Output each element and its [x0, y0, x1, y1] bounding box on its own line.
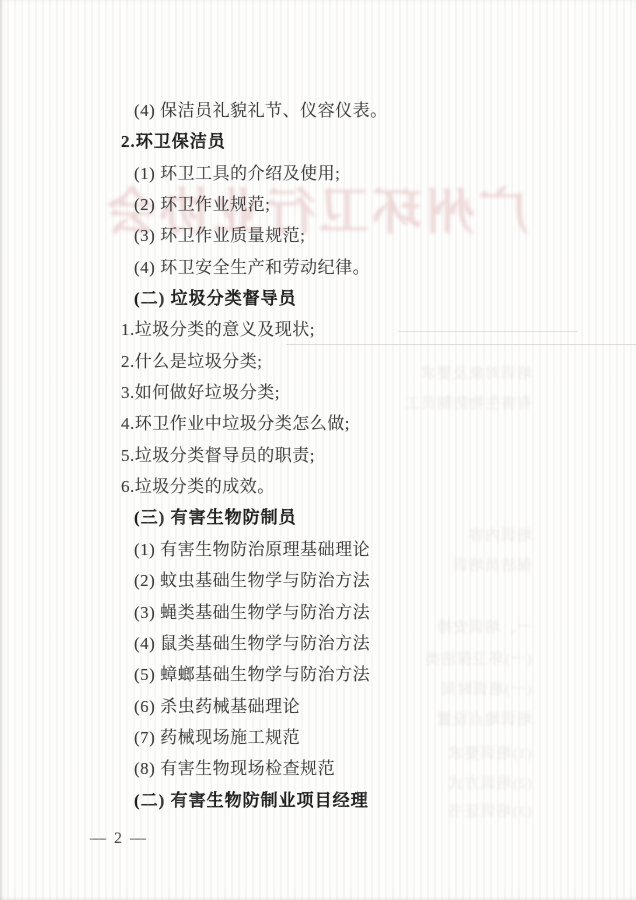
list-item: (5) 蟑螂基础生物学与防治方法	[0, 659, 636, 690]
list-item: (4) 鼠类基础生物学与防治方法	[0, 628, 636, 659]
list-item: (3) 蝇类基础生物学与防治方法	[0, 597, 636, 628]
document-lines: (4) 保洁员礼貌礼节、仪容仪表。2.环卫保洁员(1) 环卫工具的介绍及使用;(…	[0, 95, 636, 816]
list-item: 3.如何做好垃圾分类;	[0, 377, 636, 408]
list-item: (8) 有害生物现场检查规范	[0, 753, 636, 784]
list-item: 2.什么是垃圾分类;	[0, 346, 636, 377]
list-item: (2) 蚊虫基础生物学与防治方法	[0, 565, 636, 596]
list-item: (4) 保洁员礼貌礼节、仪容仪表。	[0, 95, 636, 126]
list-item: (1) 有害生物防治原理基础理论	[0, 534, 636, 565]
list-item: 5.垃圾分类督导员的职责;	[0, 440, 636, 471]
page-number: — 2 —	[90, 830, 148, 848]
list-item: (1) 环卫工具的介绍及使用;	[0, 158, 636, 189]
list-item: 1.垃圾分类的意义及现状;	[0, 314, 636, 345]
list-item: 6.垃圾分类的成效。	[0, 471, 636, 502]
list-item: (3) 环卫作业质量规范;	[0, 220, 636, 251]
list-item: (7) 药械现场施工规范	[0, 722, 636, 753]
list-item: (4) 环卫安全生产和劳动纪律。	[0, 252, 636, 283]
scanned-document-page: 广州环卫行业协会 培训对象及要求有害生物防制员工培训内容保洁员培训一、培训安排(…	[0, 0, 636, 900]
section-heading: 2.环卫保洁员	[0, 126, 636, 157]
section-heading: (二) 垃圾分类督导员	[0, 283, 636, 314]
list-item: (6) 杀虫药械基础理论	[0, 691, 636, 722]
list-item: (2) 环卫作业规范;	[0, 189, 636, 220]
section-heading: (二) 有害生物防制业项目经理	[0, 785, 636, 816]
section-heading: (三) 有害生物防制员	[0, 502, 636, 533]
list-item: 4.环卫作业中垃圾分类怎么做;	[0, 408, 636, 439]
